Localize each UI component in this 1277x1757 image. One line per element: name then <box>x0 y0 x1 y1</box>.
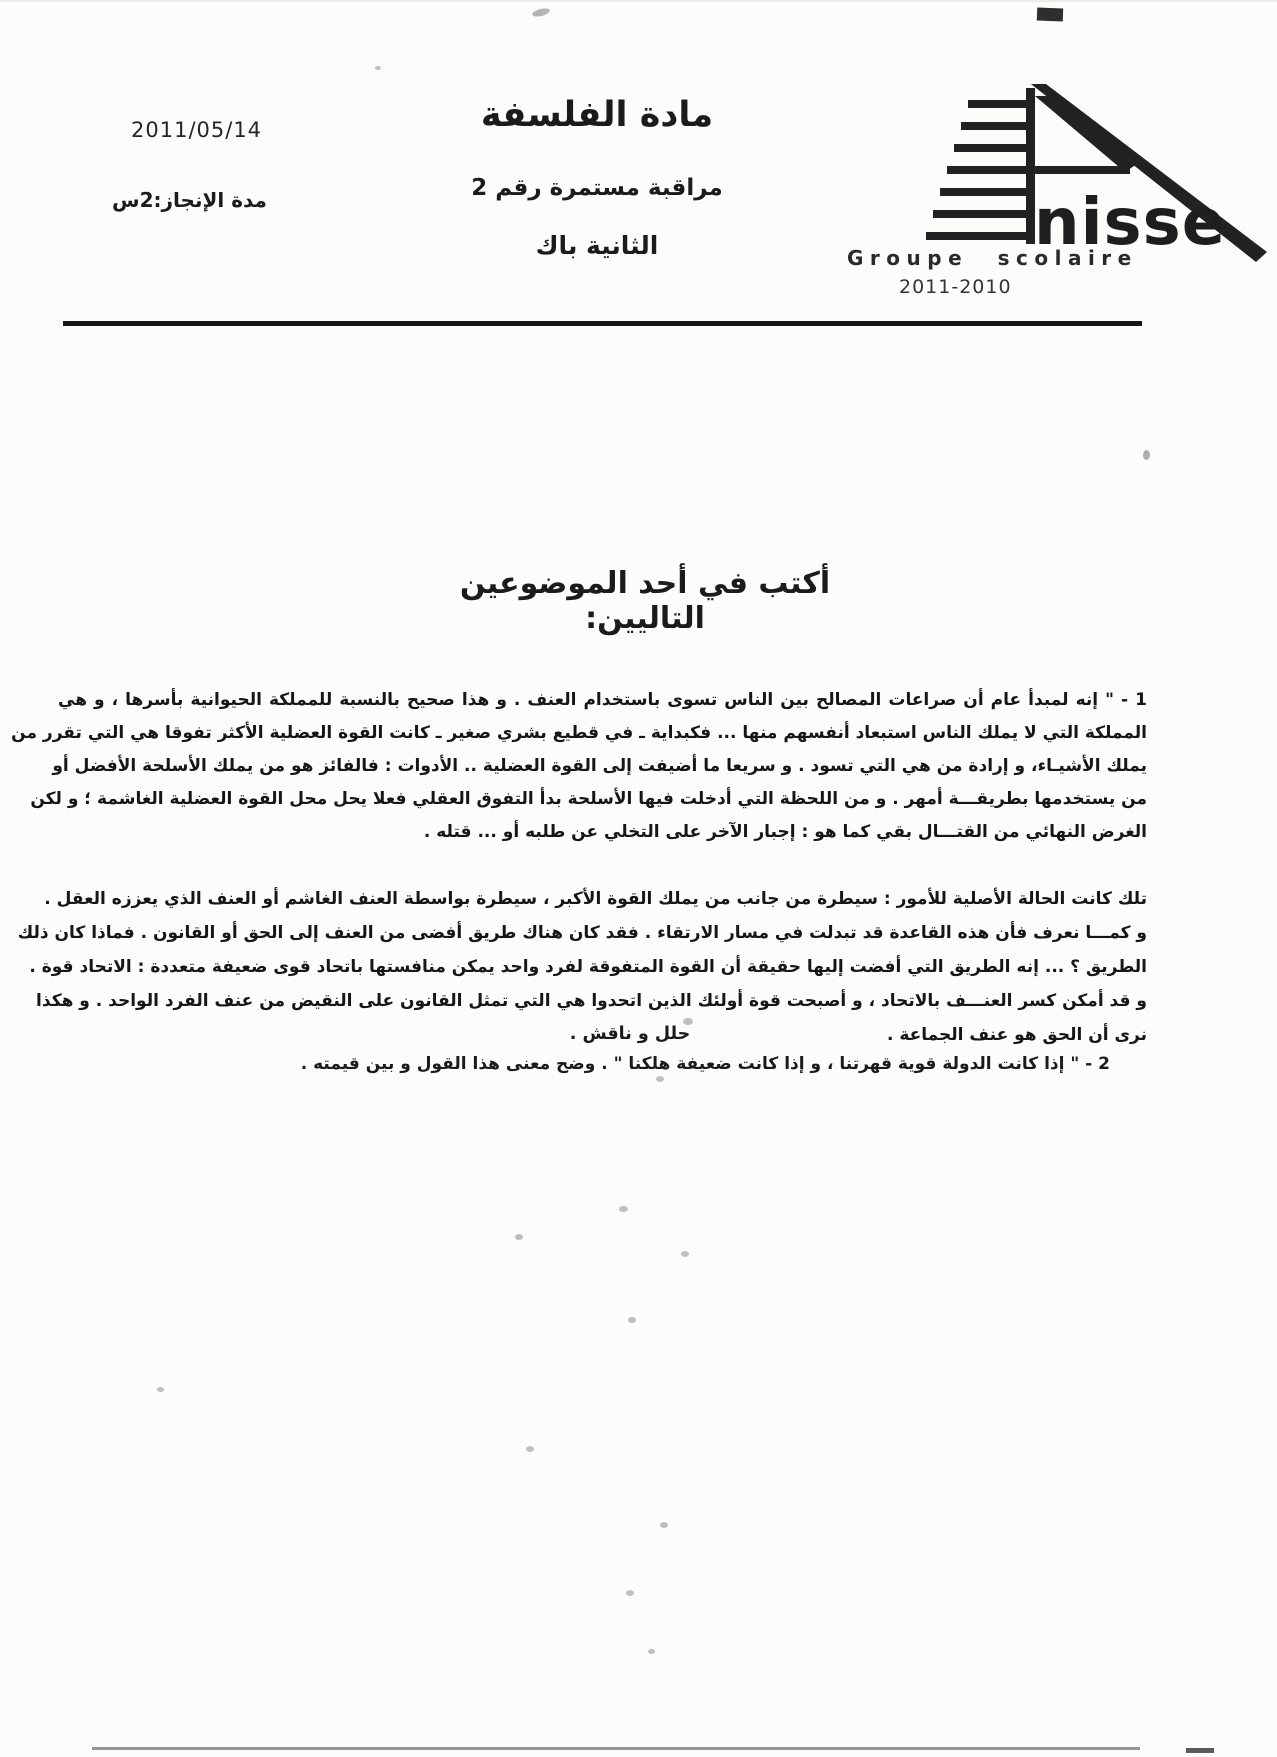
school-logo: nisse <box>820 84 1277 269</box>
scan-speck <box>656 1076 664 1082</box>
assessment-title: مراقبة مستمرة رقم 2 <box>427 175 767 201</box>
scan-speck <box>375 66 381 70</box>
text-line: و قد أمكن كسر العنـــف بالاتحاد ، و أصبح… <box>58 984 1147 1018</box>
text-line: المملكة التي لا يملك الناس استبعاد أنفسه… <box>58 717 1147 750</box>
school-year: 2011-2010 <box>899 276 1012 298</box>
header-center: مادة الفلسفة مراقبة مستمرة رقم 2 الثانية… <box>427 96 767 260</box>
topic2-text: 2 - " إذا كانت الدولة قوية قهرتنا ، و إذ… <box>295 1054 1110 1074</box>
scan-speck <box>660 1522 668 1528</box>
text-line: يملك الأشيـاء، و إرادة من هي التي تسود .… <box>58 750 1147 783</box>
scan-speck <box>531 7 550 18</box>
scan-speck <box>681 1251 689 1257</box>
scan-speck <box>683 1018 693 1025</box>
instruction-heading: أكتب في أحد الموضوعين التاليين: <box>395 566 895 636</box>
subject-title: مادة الفلسفة <box>427 96 767 135</box>
text-line: من يستخدمها بطريقـــة أمهر . و من اللحظة… <box>58 783 1147 816</box>
text-line: و كمـــا نعرف فأن هذه القاعدة قد تبدلت ف… <box>58 916 1147 950</box>
text-line: تلك كانت الحالة الأصلية للأمور : سيطرة م… <box>58 882 1147 916</box>
scan-speck <box>648 1649 655 1654</box>
scan-speck <box>628 1317 636 1323</box>
text-line: 1 - " إنه لمبدأ عام أن صراعات المصالح بي… <box>58 684 1147 717</box>
scanned-exam-page: 2011/05/14 مدة الإنجاز:2س مادة الفلسفة م… <box>0 0 1277 1757</box>
scan-speck <box>626 1590 634 1596</box>
scan-mark <box>1037 8 1063 22</box>
text-line: الغرض النهائي من القتـــال بقي كما هو : … <box>58 816 1147 849</box>
scan-speck <box>515 1234 523 1240</box>
header-divider <box>63 321 1142 326</box>
scan-speck <box>157 1387 164 1392</box>
exam-date: 2011/05/14 <box>131 118 262 142</box>
exam-duration: مدة الإنجاز:2س <box>112 188 267 212</box>
scan-bottom-mark <box>1186 1748 1214 1753</box>
topic1-paragraph1: 1 - " إنه لمبدأ عام أن صراعات المصالح بي… <box>58 684 1147 849</box>
text-line: الطريق ؟ ... إنه الطريق التي أفضت إليها … <box>58 950 1147 984</box>
scan-speck <box>619 1206 628 1212</box>
scan-speck <box>1143 450 1150 460</box>
class-level: الثانية باك <box>427 231 767 260</box>
scan-bottom-line <box>92 1747 1140 1750</box>
topic1-directive: حلل و ناقش . <box>545 1024 715 1044</box>
scan-edge-line <box>0 0 1277 2</box>
scan-speck <box>526 1446 534 1452</box>
logo-tagline: Groupe scolaire <box>847 246 1138 270</box>
